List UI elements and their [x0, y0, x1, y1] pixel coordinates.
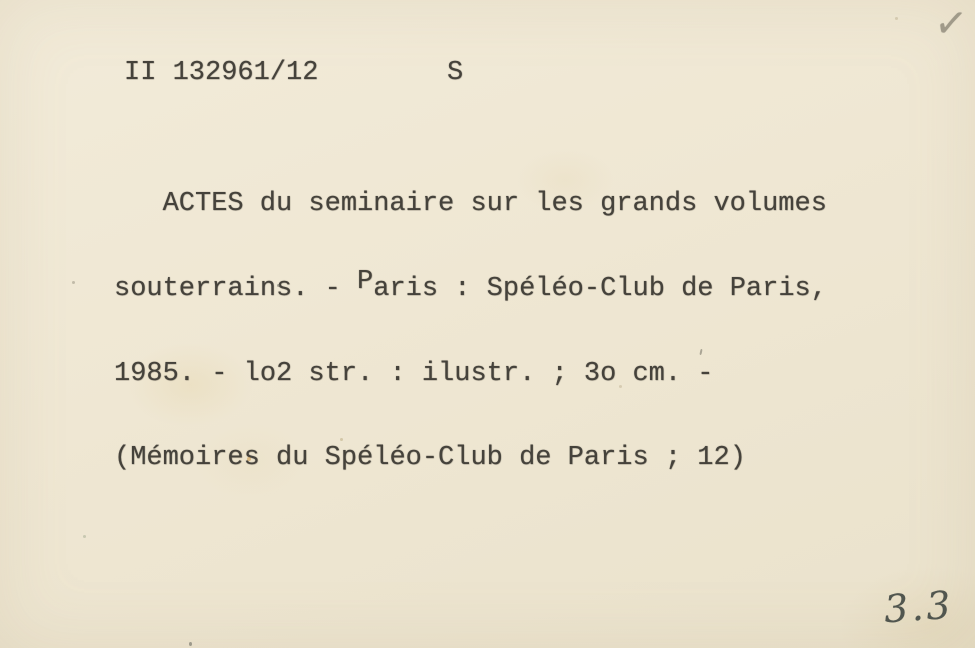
checkmark-annotation-icon: ✓ — [932, 0, 970, 49]
paper-speck — [189, 642, 192, 646]
shelf-number-annotation: 3.3 — [882, 582, 954, 633]
superscript-letter: P — [357, 270, 373, 295]
entry-line-imprint-pre: souterrains. - — [114, 274, 357, 304]
entry-line-imprint: souterrains. - Paris : Spéléo-Club de Pa… — [114, 277, 894, 302]
paper-speck — [83, 535, 86, 538]
entry-line-imprint-post: aris : Spéléo-Club de Paris, — [373, 274, 827, 304]
call-number: II 132961/12 — [124, 60, 318, 87]
catalog-entry: ACTES du seminaire sur les grands volume… — [114, 132, 894, 531]
catalog-card: II 132961/12 S ACTES du seminaire sur le… — [0, 0, 975, 648]
section-letter: S — [447, 60, 463, 87]
entry-line-series: (Mémoires du Spéléo-Club de Paris ; 12) — [114, 446, 894, 471]
paper-speck — [895, 17, 898, 20]
entry-line-title: ACTES du seminaire sur les grands volume… — [114, 192, 894, 217]
entry-line-collation: 1985. - lo2 str. : ilustr. ; 3o cm. - — [114, 362, 894, 387]
paper-speck — [72, 281, 75, 284]
